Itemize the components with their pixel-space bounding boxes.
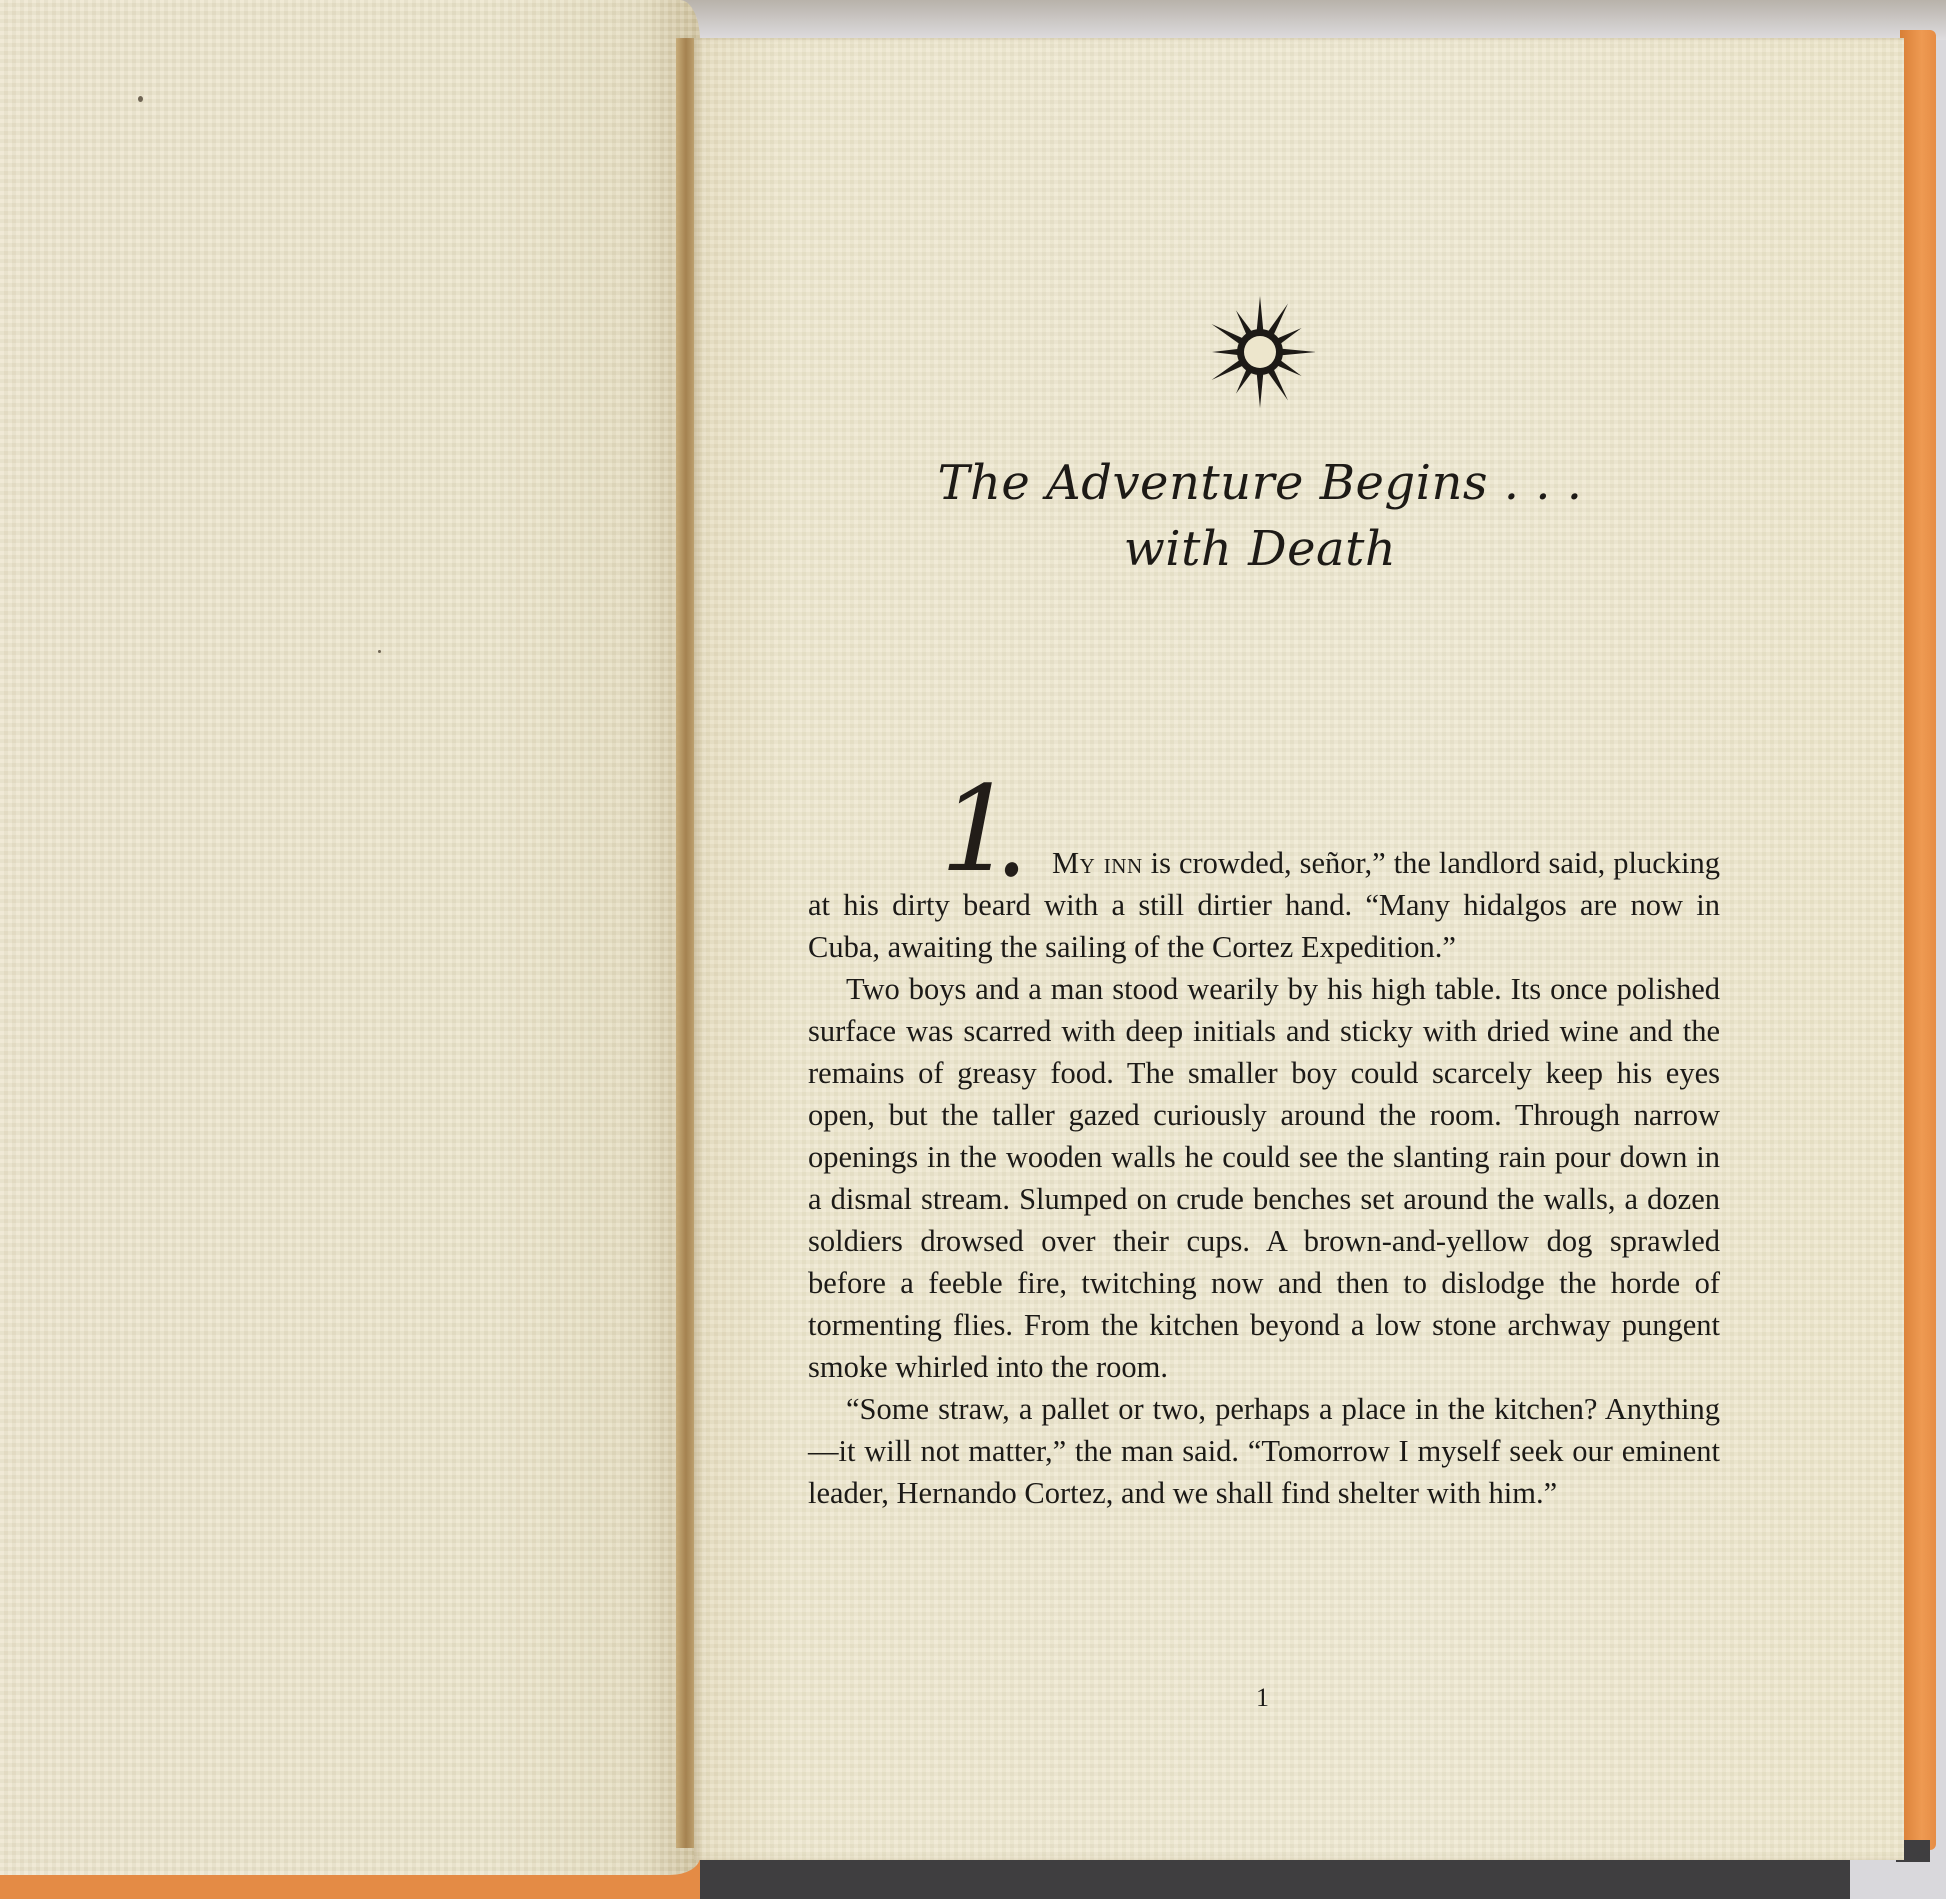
chapter-title: The Adventure Begins . . . with Death: [900, 450, 1620, 582]
left-page: [0, 0, 700, 1875]
paragraph: “Some straw, a pallet or two, perhaps a …: [808, 1388, 1720, 1514]
sun-ornament-icon: [1205, 295, 1315, 410]
chapter-title-line-2: with Death: [900, 516, 1620, 582]
opening-smallcaps: My inn: [1052, 846, 1143, 880]
paper-fleck: [378, 650, 381, 653]
book-cover-edge-right: [1900, 30, 1936, 1850]
paragraph: Two boys and a man stood wearily by his …: [808, 968, 1720, 1388]
chapter-title-line-1: The Adventure Begins . . .: [900, 450, 1620, 516]
book-gutter: [676, 38, 696, 1848]
paragraph-text: is crowded, señor,” the landlord said, p…: [808, 846, 1720, 964]
page-number: 1: [1256, 1683, 1269, 1713]
paper-fleck: [138, 96, 143, 102]
book-cover-shadow: [700, 1860, 1850, 1899]
paragraph: My inn is crowded, señor,” the landlord …: [808, 842, 1720, 968]
chapter-body: My inn is crowded, señor,” the landlord …: [808, 842, 1720, 1514]
